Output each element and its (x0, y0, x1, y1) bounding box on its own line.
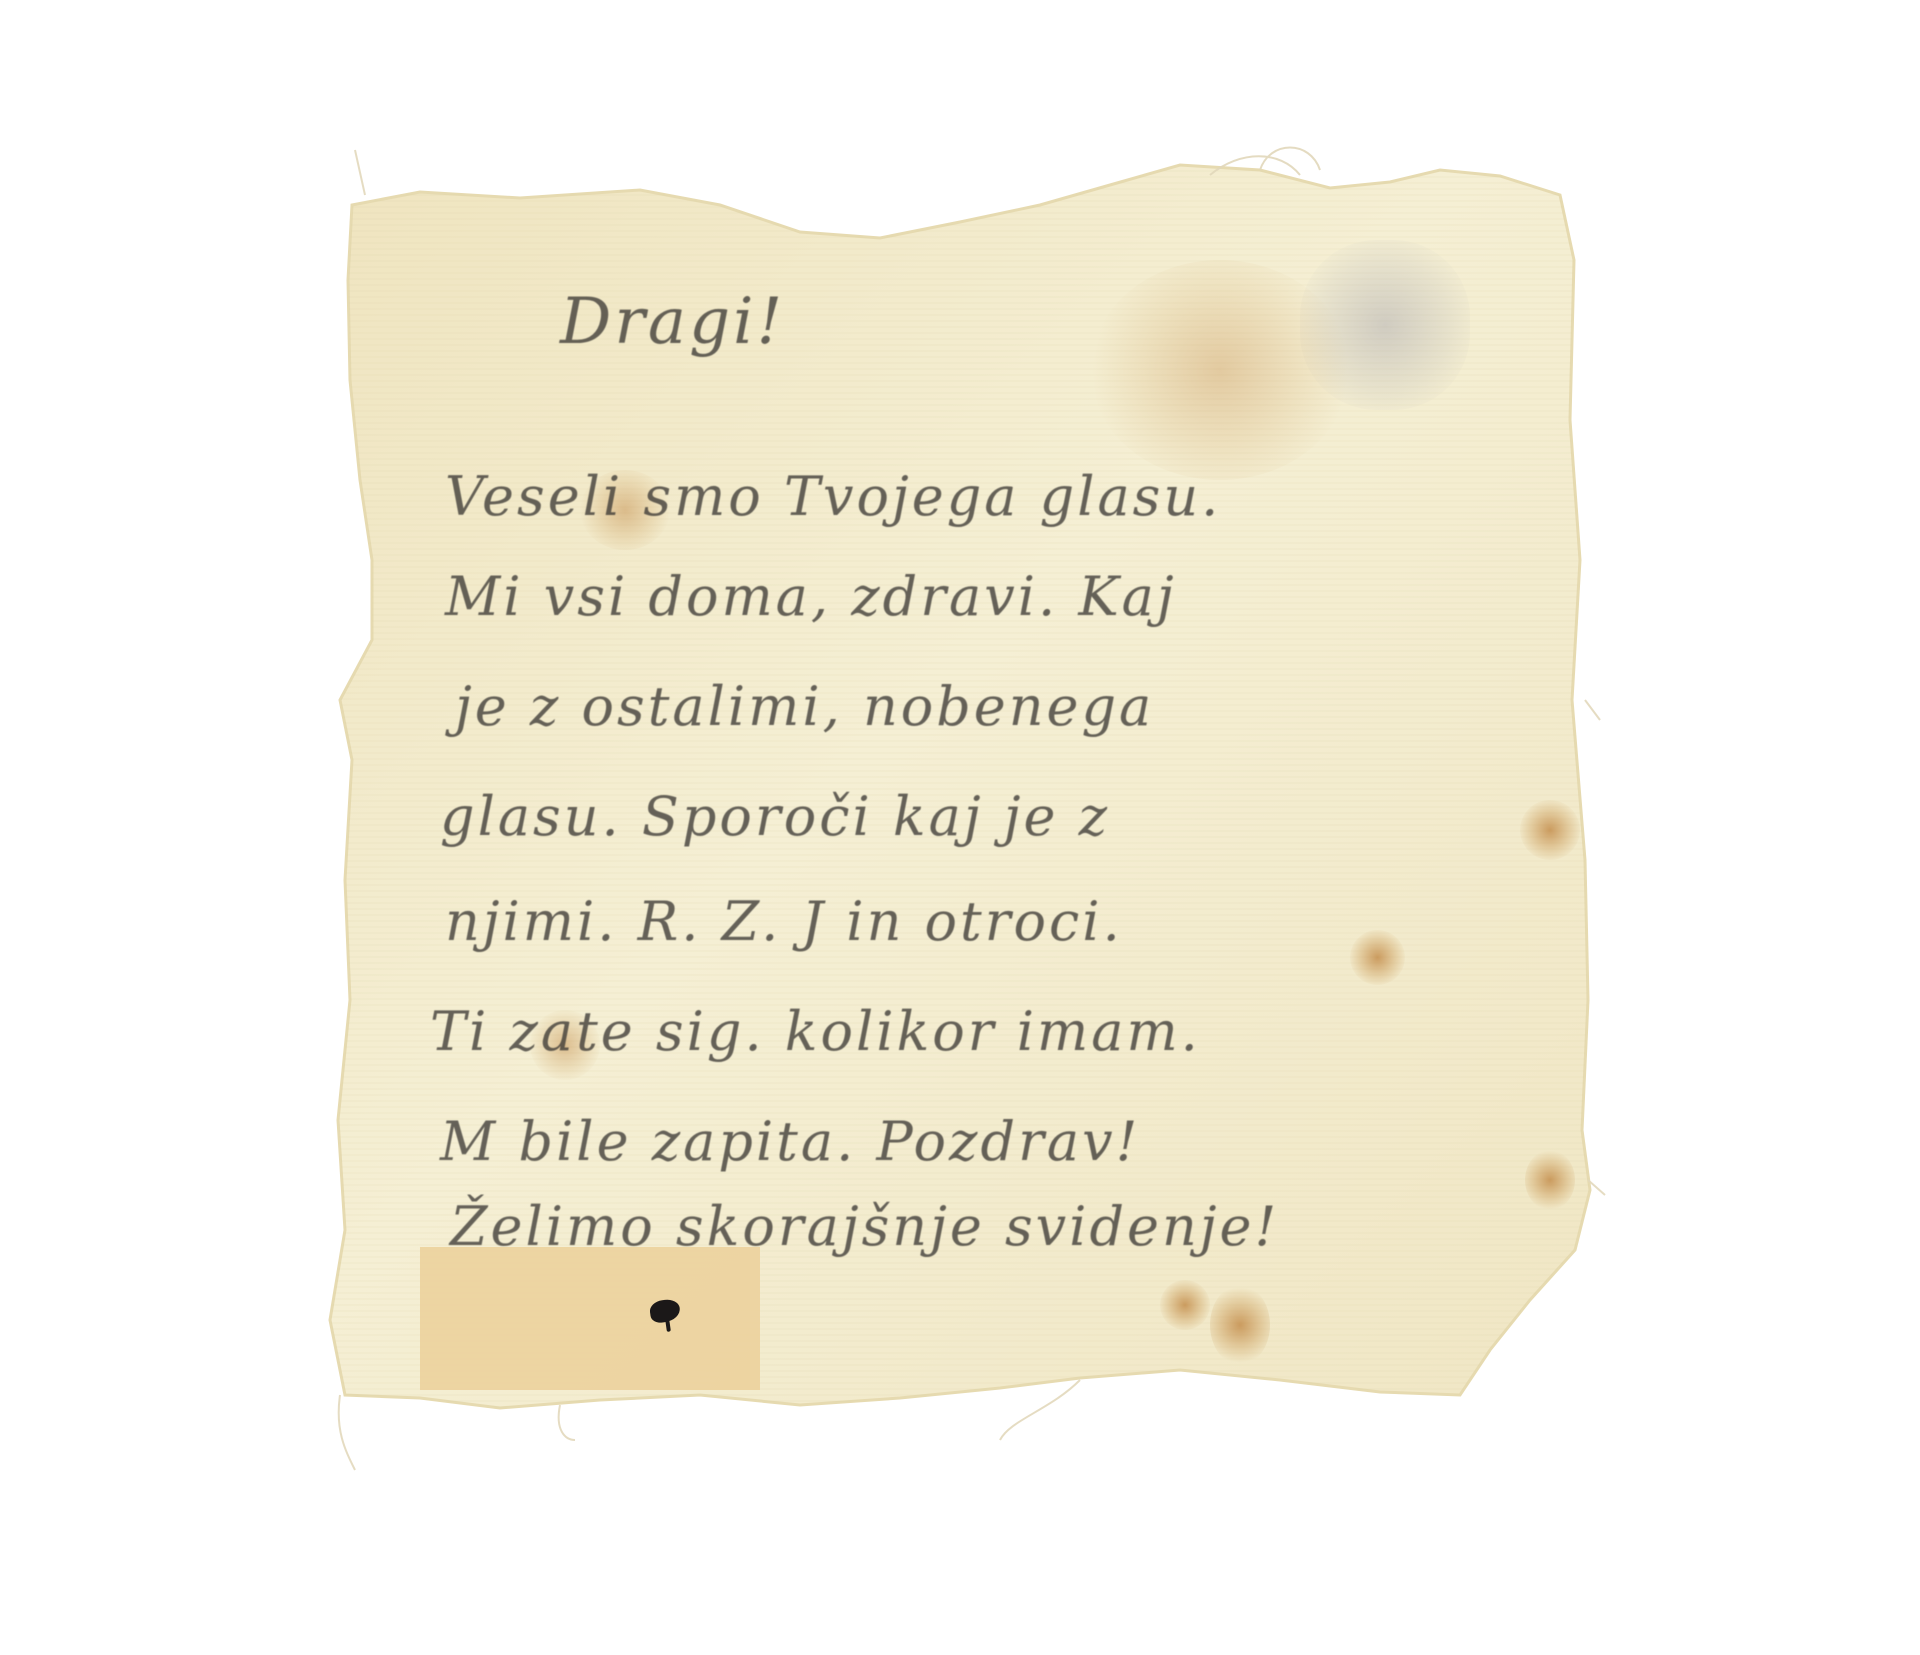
note-greeting: Dragi! (560, 285, 785, 359)
note-line-2: Mi vsi doma, zdravi. Kaj (445, 565, 1177, 628)
note-line-8: Želimo skorajšnje svidenje! (450, 1195, 1279, 1258)
note-line-6: Ti zate sig. kolikor imam. (430, 1000, 1201, 1063)
stain (1090, 260, 1350, 480)
stain (1350, 930, 1405, 985)
note-line-7: M bile zapita. Pozdrav! (440, 1110, 1140, 1173)
note-line-5: njimi. R. Z. J in otroci. (445, 890, 1123, 953)
stain (1520, 800, 1580, 860)
stain (1160, 1280, 1210, 1330)
note-line-4: glasu. Sporoči kaj je z (440, 785, 1110, 848)
note-line-3: je z ostalimi, nobenega (455, 675, 1154, 738)
yellow-tape-patch (420, 1247, 760, 1390)
note-line-1: Veseli smo Tvojega glasu. (445, 465, 1221, 528)
stain (1210, 1285, 1270, 1365)
stain (1525, 1150, 1575, 1210)
